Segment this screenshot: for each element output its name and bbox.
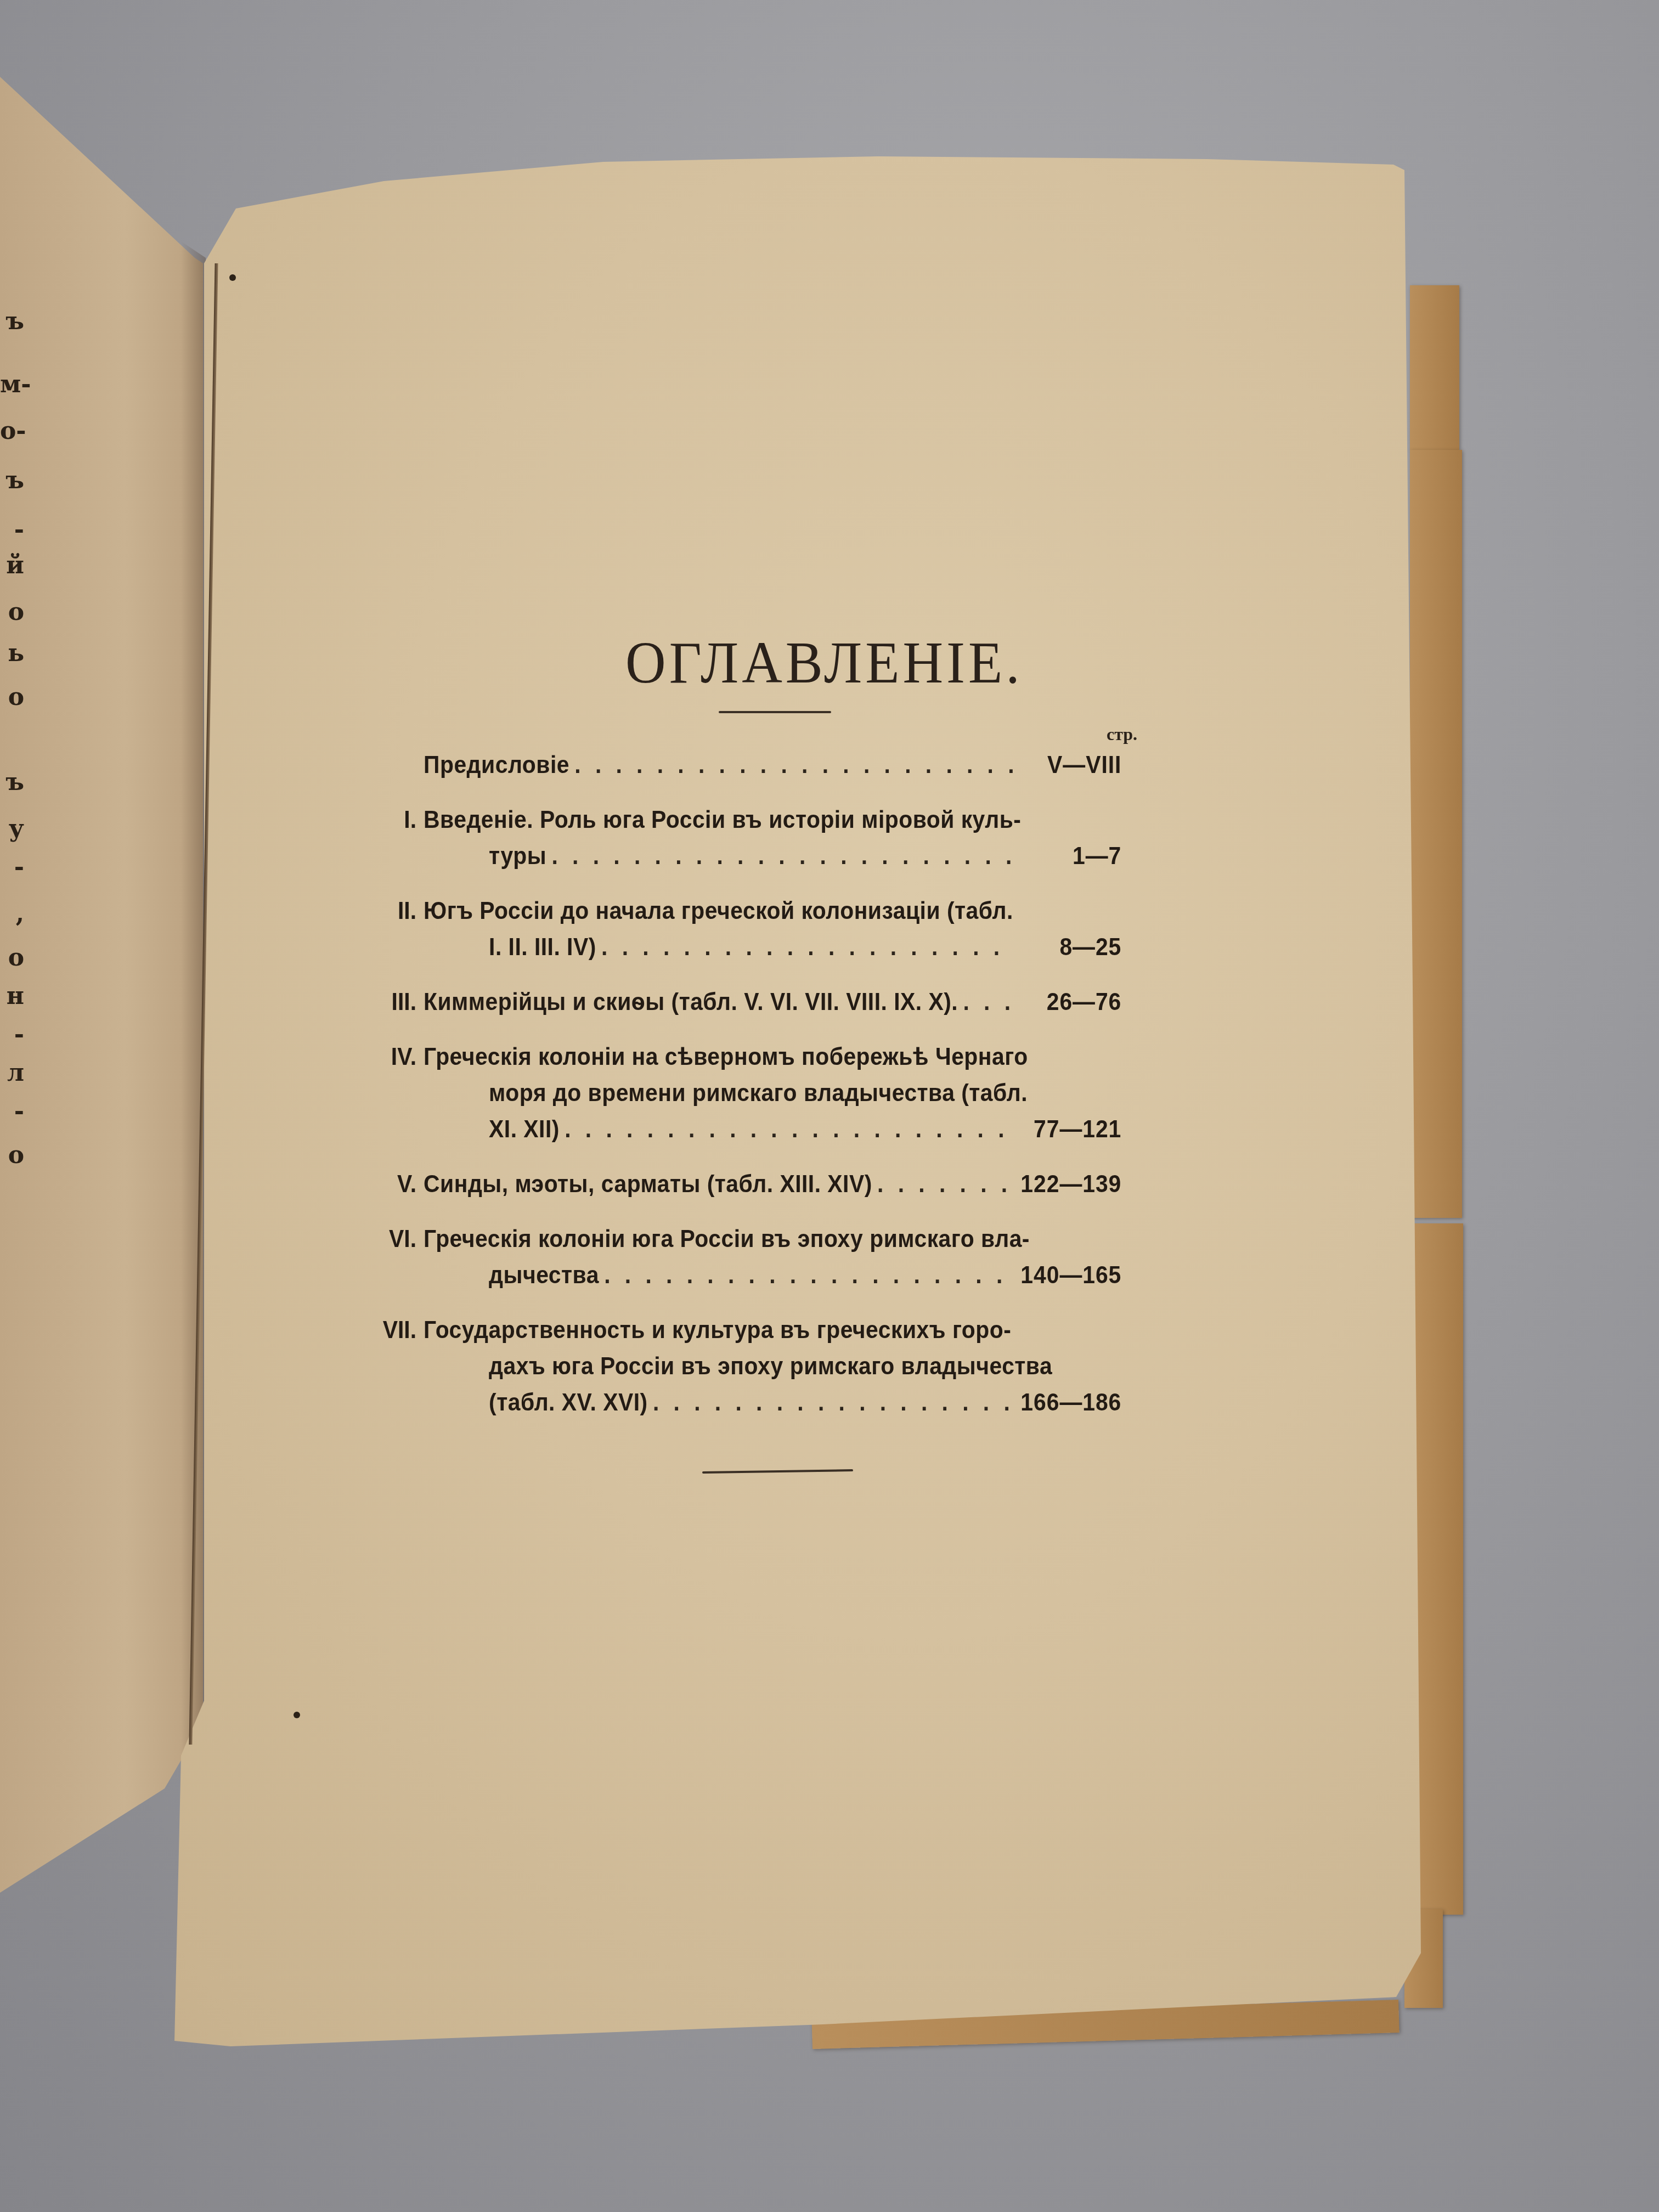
page-range: V—VIII xyxy=(1019,747,1121,783)
toc-entry-line: (табл. XV. XVI)166—186 xyxy=(351,1385,1121,1421)
toc-entry-line: VI.Греческія колоніи юга Россіи въ эпоху… xyxy=(351,1221,1121,1257)
toc-entry-line: дычества140—165 xyxy=(351,1257,1121,1294)
left-page-glyph: ъ xyxy=(0,768,24,796)
chapter-numeral: III. xyxy=(351,984,424,1020)
table-of-contents: X.ПредисловіеV—VIIII.Введеніе. Роль юга … xyxy=(351,747,1121,1440)
title-rule xyxy=(719,711,831,713)
chapter-title-text: Югъ Россіи до начала греческой колонизац… xyxy=(424,893,1013,929)
left-page-glyph: й xyxy=(0,551,24,579)
page-speck xyxy=(294,1712,300,1718)
page-range: 1—7 xyxy=(1019,838,1121,874)
left-page-glyph: о xyxy=(0,683,24,711)
chapter-title-text: Предисловіе xyxy=(424,747,569,783)
chapter-title-text: I. II. III. IV) xyxy=(489,929,596,966)
left-page-glyph: - xyxy=(0,1020,24,1048)
left-page-glyph: ъ xyxy=(0,466,24,494)
toc-entry: III.Киммерійцы и скиѳы (табл. V. VI. VII… xyxy=(351,984,1121,1020)
page-edge-strip xyxy=(1410,285,1459,450)
dot-leader xyxy=(963,984,1014,1020)
toc-entry-line: моря до времени римскаго владычества (та… xyxy=(351,1075,1121,1111)
chapter-numeral: IV. xyxy=(351,1039,424,1075)
left-page-glyph: н xyxy=(0,982,24,1010)
chapter-title-text: XI. XII) xyxy=(489,1111,560,1148)
page-edge-strip xyxy=(1413,1223,1463,1915)
chapter-numeral: II. xyxy=(351,893,424,929)
chapter-title-text: (табл. XV. XVI) xyxy=(489,1385,648,1421)
toc-entry: VII.Государственность и культура въ греч… xyxy=(351,1312,1121,1421)
chapter-numeral: VII. xyxy=(351,1312,424,1348)
toc-entry-line: XI. XII)77—121 xyxy=(351,1111,1121,1148)
toc-entry-line: IV.Греческія колоніи на сѣверномъ побере… xyxy=(351,1039,1121,1075)
chapter-title-text: Введеніе. Роль юга Россіи въ исторіи мір… xyxy=(424,802,1021,838)
toc-entry-line: I.Введеніе. Роль юга Россіи въ исторіи м… xyxy=(351,802,1121,838)
dot-leader xyxy=(604,1257,1014,1294)
page-range: 166—186 xyxy=(1019,1385,1121,1421)
toc-entry-line: туры1—7 xyxy=(351,838,1121,874)
left-page-text-fragments: ъм-о-ъ-йоьоъу-,он-л-о xyxy=(0,0,33,2212)
dot-leader xyxy=(601,929,1014,966)
chapter-title-text: дычества xyxy=(489,1257,599,1294)
toc-entry-line: V.Синды, мэоты, сарматы (табл. XIII. XIV… xyxy=(351,1166,1121,1203)
left-page-glyph: , xyxy=(0,900,24,928)
toc-entry: II.Югъ Россіи до начала греческой колони… xyxy=(351,893,1121,966)
toc-entry: IV.Греческія колоніи на сѣверномъ побере… xyxy=(351,1039,1121,1148)
toc-entry-line: дахъ юга Россіи въ эпоху римскаго владыч… xyxy=(351,1348,1121,1385)
chapter-numeral: V. xyxy=(351,1166,424,1203)
toc-entry-line: X.ПредисловіеV—VIII xyxy=(351,747,1121,783)
chapter-title-text: туры xyxy=(489,838,546,874)
chapter-title-text: Греческія колоніи на сѣверномъ побережьѣ… xyxy=(424,1039,1028,1075)
toc-entry: VI.Греческія колоніи юга Россіи въ эпоху… xyxy=(351,1221,1121,1294)
page-range: 122—139 xyxy=(1019,1166,1121,1203)
page-range: 8—25 xyxy=(1019,929,1121,966)
toc-entry-line: I. II. III. IV)8—25 xyxy=(351,929,1121,966)
page-title: ОГЛАВЛЕНІЕ. xyxy=(625,629,922,697)
page-column-header: стр. xyxy=(1092,724,1152,744)
left-page-glyph: ь xyxy=(0,639,24,667)
left-page-glyph: у xyxy=(0,815,24,843)
left-page-glyph: о xyxy=(0,1141,24,1169)
chapter-title-text: Греческія колоніи юга Россіи въ эпоху ри… xyxy=(424,1221,1030,1257)
left-page-glyph: - xyxy=(0,853,24,881)
dot-leader xyxy=(653,1385,1014,1421)
page-edge-strip xyxy=(1410,450,1462,1218)
chapter-title-text: моря до времени римскаго владычества (та… xyxy=(489,1075,1028,1111)
dot-leader xyxy=(877,1166,1014,1203)
dot-leader xyxy=(574,747,1014,783)
toc-entry: V.Синды, мэоты, сарматы (табл. XIII. XIV… xyxy=(351,1166,1121,1203)
toc-entry-line: II.Югъ Россіи до начала греческой колони… xyxy=(351,893,1121,929)
chapter-title-text: Государственность и культура въ гречески… xyxy=(424,1312,1011,1348)
chapter-title-text: Киммерійцы и скиѳы (табл. V. VI. VII. VI… xyxy=(424,984,958,1020)
left-page-glyph: о xyxy=(0,598,24,626)
left-page-glyph: ъ xyxy=(0,307,24,335)
page-range: 26—76 xyxy=(1019,984,1121,1020)
left-page-glyph: м- xyxy=(0,370,24,398)
page-speck xyxy=(229,274,236,281)
toc-entry: I.Введеніе. Роль юга Россіи въ исторіи м… xyxy=(351,802,1121,874)
toc-entry-line: III.Киммерійцы и скиѳы (табл. V. VI. VII… xyxy=(351,984,1121,1020)
page-range: 77—121 xyxy=(1019,1111,1121,1148)
dot-leader xyxy=(565,1111,1014,1148)
chapter-numeral: I. xyxy=(351,802,424,838)
left-page-glyph: - xyxy=(0,516,24,544)
left-page-glyph: о xyxy=(0,944,24,972)
dot-leader xyxy=(551,838,1014,874)
chapter-numeral: VI. xyxy=(351,1221,424,1257)
left-page-glyph: л xyxy=(0,1059,24,1087)
chapter-title-text: Синды, мэоты, сарматы (табл. XIII. XIV) xyxy=(424,1166,872,1203)
chapter-title-text: дахъ юга Россіи въ эпоху римскаго владыч… xyxy=(489,1348,1052,1385)
left-page-glyph: о- xyxy=(0,417,24,445)
left-page-glyph: - xyxy=(0,1097,24,1125)
toc-entry: X.ПредисловіеV—VIII xyxy=(351,747,1121,783)
photo-scene: ъм-о-ъ-йоьоъу-,он-л-о ОГЛАВЛЕНІЕ. стр. X… xyxy=(0,0,1659,2212)
toc-entry-line: VII.Государственность и культура въ греч… xyxy=(351,1312,1121,1348)
page-range: 140—165 xyxy=(1019,1257,1121,1294)
